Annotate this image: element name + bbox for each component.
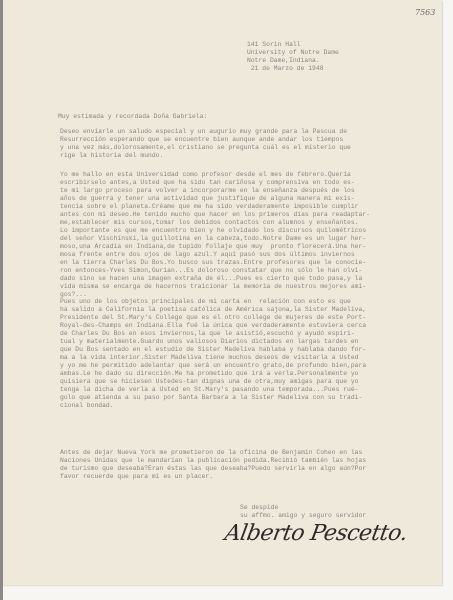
text-line: antes con mi deseo.He tenido mucho que h… (60, 211, 370, 219)
text-line: y una vez más,dolorosamente,el cristiano… (60, 144, 351, 152)
text-line: Yo me hallo en esta Universidad como pro… (60, 171, 370, 179)
closing: Se despidesu affmo. amigo y seguro servi… (240, 504, 366, 520)
salutation: Muy estimada y recordada Doña Gabriela: (58, 113, 207, 121)
text-line: ambas.Le he dado su dirección.Me ha prom… (60, 370, 366, 378)
paragraph-4: Antes de dejar Nueva York me prometieron… (60, 449, 366, 481)
handwritten-signature: Alberto Pescetto. (223, 521, 410, 546)
paragraph-1: Deseo enviarle un saludo especial y un a… (60, 128, 351, 160)
text-line: ron entonces-Yves Simon,Gurian...Es dolo… (60, 267, 370, 275)
text-line: Notre Dame,Indiana. (247, 57, 339, 65)
text-line: del señor Vischinski,la guillotina en la… (60, 235, 370, 243)
text-line: tenga la dicha de verla a Usted en St.Ma… (60, 386, 366, 394)
text-line: mosa frente entre dos ojos de lago azul.… (60, 251, 370, 259)
text-line: ma a la vida interior.Sister Madeliva ti… (60, 354, 366, 362)
text-line: Royal-des-Champs en Indiana.Ella fué la … (60, 322, 366, 330)
paragraph-2: Yo me hallo en esta Universidad como pro… (60, 171, 370, 299)
text-line: Lo importante es que me encuentro bien y… (60, 227, 370, 235)
text-line: golo que atienda a su paso por Santa Bar… (60, 394, 366, 402)
text-line: tual y materialmente.Guardo unos valioso… (60, 338, 366, 346)
text-line: que Du Bos sentado en el estudio de Sist… (60, 346, 366, 354)
text-line: de Charles Du Bos en esos inviernos,la q… (60, 330, 366, 338)
text-line: dado sino se hacen una imagen extraña de… (60, 275, 370, 283)
text-line: su affmo. amigo y seguro servidor (240, 512, 366, 520)
text-line: Deseo enviarle un saludo especial y un a… (60, 128, 351, 136)
text-line: y yo me he permitido adelantar que será … (60, 362, 366, 370)
text-line: tencia sobre el planeta.Créame que me ha… (60, 203, 370, 211)
archive-number: 7563 (415, 8, 435, 17)
sender-address: 141 Sorin HallUniversity of Notre DameNo… (247, 41, 339, 73)
text-line: quisiera que se hiciesen Ustedes-tan dig… (60, 378, 366, 386)
text-line: te mi largo proceso para volver a incorp… (60, 187, 370, 195)
text-line: Antes de dejar Nueva York me prometieron… (60, 449, 366, 457)
text-line: Naciones Unidas que le mandarían la publ… (60, 457, 366, 465)
scan-edge (0, 0, 3, 600)
text-line: 141 Sorin Hall (247, 41, 339, 49)
text-line: Pues uno de los objetos principales de m… (60, 298, 366, 306)
letter-page: 7563 141 Sorin HallUniversity of Notre D… (0, 0, 442, 585)
text-line: años de guerra y tener una actividad que… (60, 195, 370, 203)
text-line: vida misma se encarga de hacernos traici… (60, 283, 370, 291)
text-line: University of Notre Dame (247, 49, 339, 57)
text-line: de turismo que deseaba?Eran éstas las qu… (60, 465, 366, 473)
text-line: 21 de Marzo de 1948 (247, 65, 339, 73)
text-line: Presidente del St.Mary's College que es … (60, 314, 366, 322)
text-line: Se despide (240, 504, 366, 512)
text-line: cional bondad. (60, 402, 366, 410)
text-line: escribirselo antes,a Usted que ha sido t… (60, 179, 370, 187)
text-line: rige la historia del mundo. (60, 152, 351, 160)
text-line: Resurrección esperando que se encuentre … (60, 136, 351, 144)
paragraph-3: Pues uno de los objetos principales de m… (60, 298, 366, 410)
text-line: me,establecer mis cursos,tomar los debid… (60, 219, 370, 227)
text-line: moso,una Arcadia en Indiana,de tupido fo… (60, 243, 370, 251)
text-line: favor recuerde que para mi es un placer. (60, 473, 366, 481)
text-line: en la tierra Charles Du Bos.Yo busco sus… (60, 259, 370, 267)
text-line: ha salido a California la poetisa católi… (60, 306, 366, 314)
